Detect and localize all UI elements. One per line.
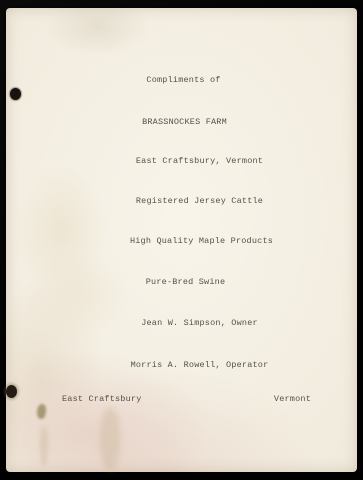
line-compliments: Compliments of bbox=[8, 75, 359, 85]
line-town-state: East Craftsbury, Vermont bbox=[24, 156, 363, 166]
footer-town: East Craftsbury bbox=[62, 394, 142, 404]
punch-hole-bottom bbox=[6, 385, 17, 398]
stain-streak bbox=[100, 408, 120, 470]
line-jersey-cattle: Registered Jersey Cattle bbox=[24, 196, 363, 206]
line-maple-products: High Quality Maple Products bbox=[26, 236, 363, 246]
line-farm-name: BRASSNOCKES FARM bbox=[9, 117, 360, 127]
scan-background: Compliments of BRASSNOCKES FARM East Cra… bbox=[0, 0, 363, 480]
stain-dribble bbox=[40, 426, 48, 466]
punch-hole-top bbox=[10, 88, 21, 100]
line-operator: Morris A. Rowell, Operator bbox=[24, 360, 363, 370]
document-page: Compliments of BRASSNOCKES FARM East Cra… bbox=[6, 8, 357, 472]
stain-spot bbox=[37, 404, 46, 419]
line-owner: Jean W. Simpson, Owner bbox=[24, 318, 363, 328]
line-swine: Pure-Bred Swine bbox=[10, 277, 361, 287]
footer-state: Vermont bbox=[274, 394, 311, 404]
